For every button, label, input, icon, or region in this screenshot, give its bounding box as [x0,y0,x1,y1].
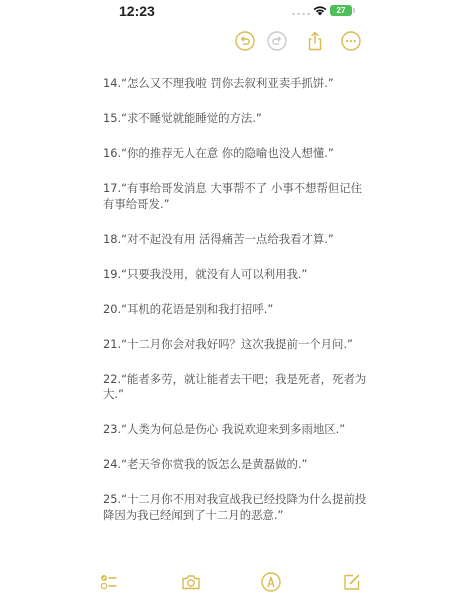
markup-button[interactable] [260,571,282,593]
battery-icon: 27 [330,5,352,16]
note-line: 25.“十二月你不用对我宣战我已经投降为什么提前投降因为我已经闻到了十二月的恶意… [103,492,373,523]
note-line: 14.“怎么又不理我啦 罚你去叙利亚卖手抓饼.” [103,76,373,92]
note-toolbar [0,28,459,56]
status-bar: 12:23 27 [0,0,459,24]
undo-icon [234,30,256,52]
note-line: 18.“对不起没有用 活得痛苦一点给我看才算.” [103,232,373,248]
note-line: 21.“十二月你会对我好吗？这次我提前一个月问.” [103,337,373,353]
camera-icon [180,571,202,593]
bottom-toolbar [0,568,459,596]
compose-icon [341,571,363,593]
wifi-icon [312,4,328,16]
note-line: 20.“耳机的花语是别和我打招呼.” [103,302,373,318]
checklist-icon [98,571,120,593]
compose-button[interactable] [341,571,363,593]
note-line: 15.“求不睡觉就能睡觉的方法.” [103,111,373,127]
note-line: 16.“你的推荐无人在意 你的隐喻也没人想懂.” [103,146,373,162]
camera-button[interactable] [180,571,202,593]
redo-icon [266,30,288,52]
cellular-signal-icon [292,13,310,15]
more-icon [340,30,362,52]
status-time: 12:23 [119,3,155,19]
note-line: 23.“人类为何总是伤心 我说欢迎来到多雨地区.” [103,422,373,438]
note-line: 17.“有事给哥发消息 大事帮不了 小事不想帮但记住有事给哥发.” [103,181,373,212]
checklist-button[interactable] [98,571,120,593]
undo-button[interactable] [234,30,256,52]
redo-button[interactable] [266,30,288,52]
note-line: 19.“只要我没用，就没有人可以利用我.” [103,267,373,283]
share-icon [304,30,326,52]
note-body[interactable]: 14.“怎么又不理我啦 罚你去叙利亚卖手抓饼.” 15.“求不睡觉就能睡觉的方法… [103,76,373,543]
more-button[interactable] [340,30,362,52]
note-line: 24.“老天爷你赏我的饭怎么是黄磊做的.” [103,457,373,473]
note-line: 22.“能者多劳，就让能者去干吧；我是死者，死者为大.” [103,372,373,403]
markup-icon [260,571,282,593]
share-button[interactable] [304,30,326,52]
